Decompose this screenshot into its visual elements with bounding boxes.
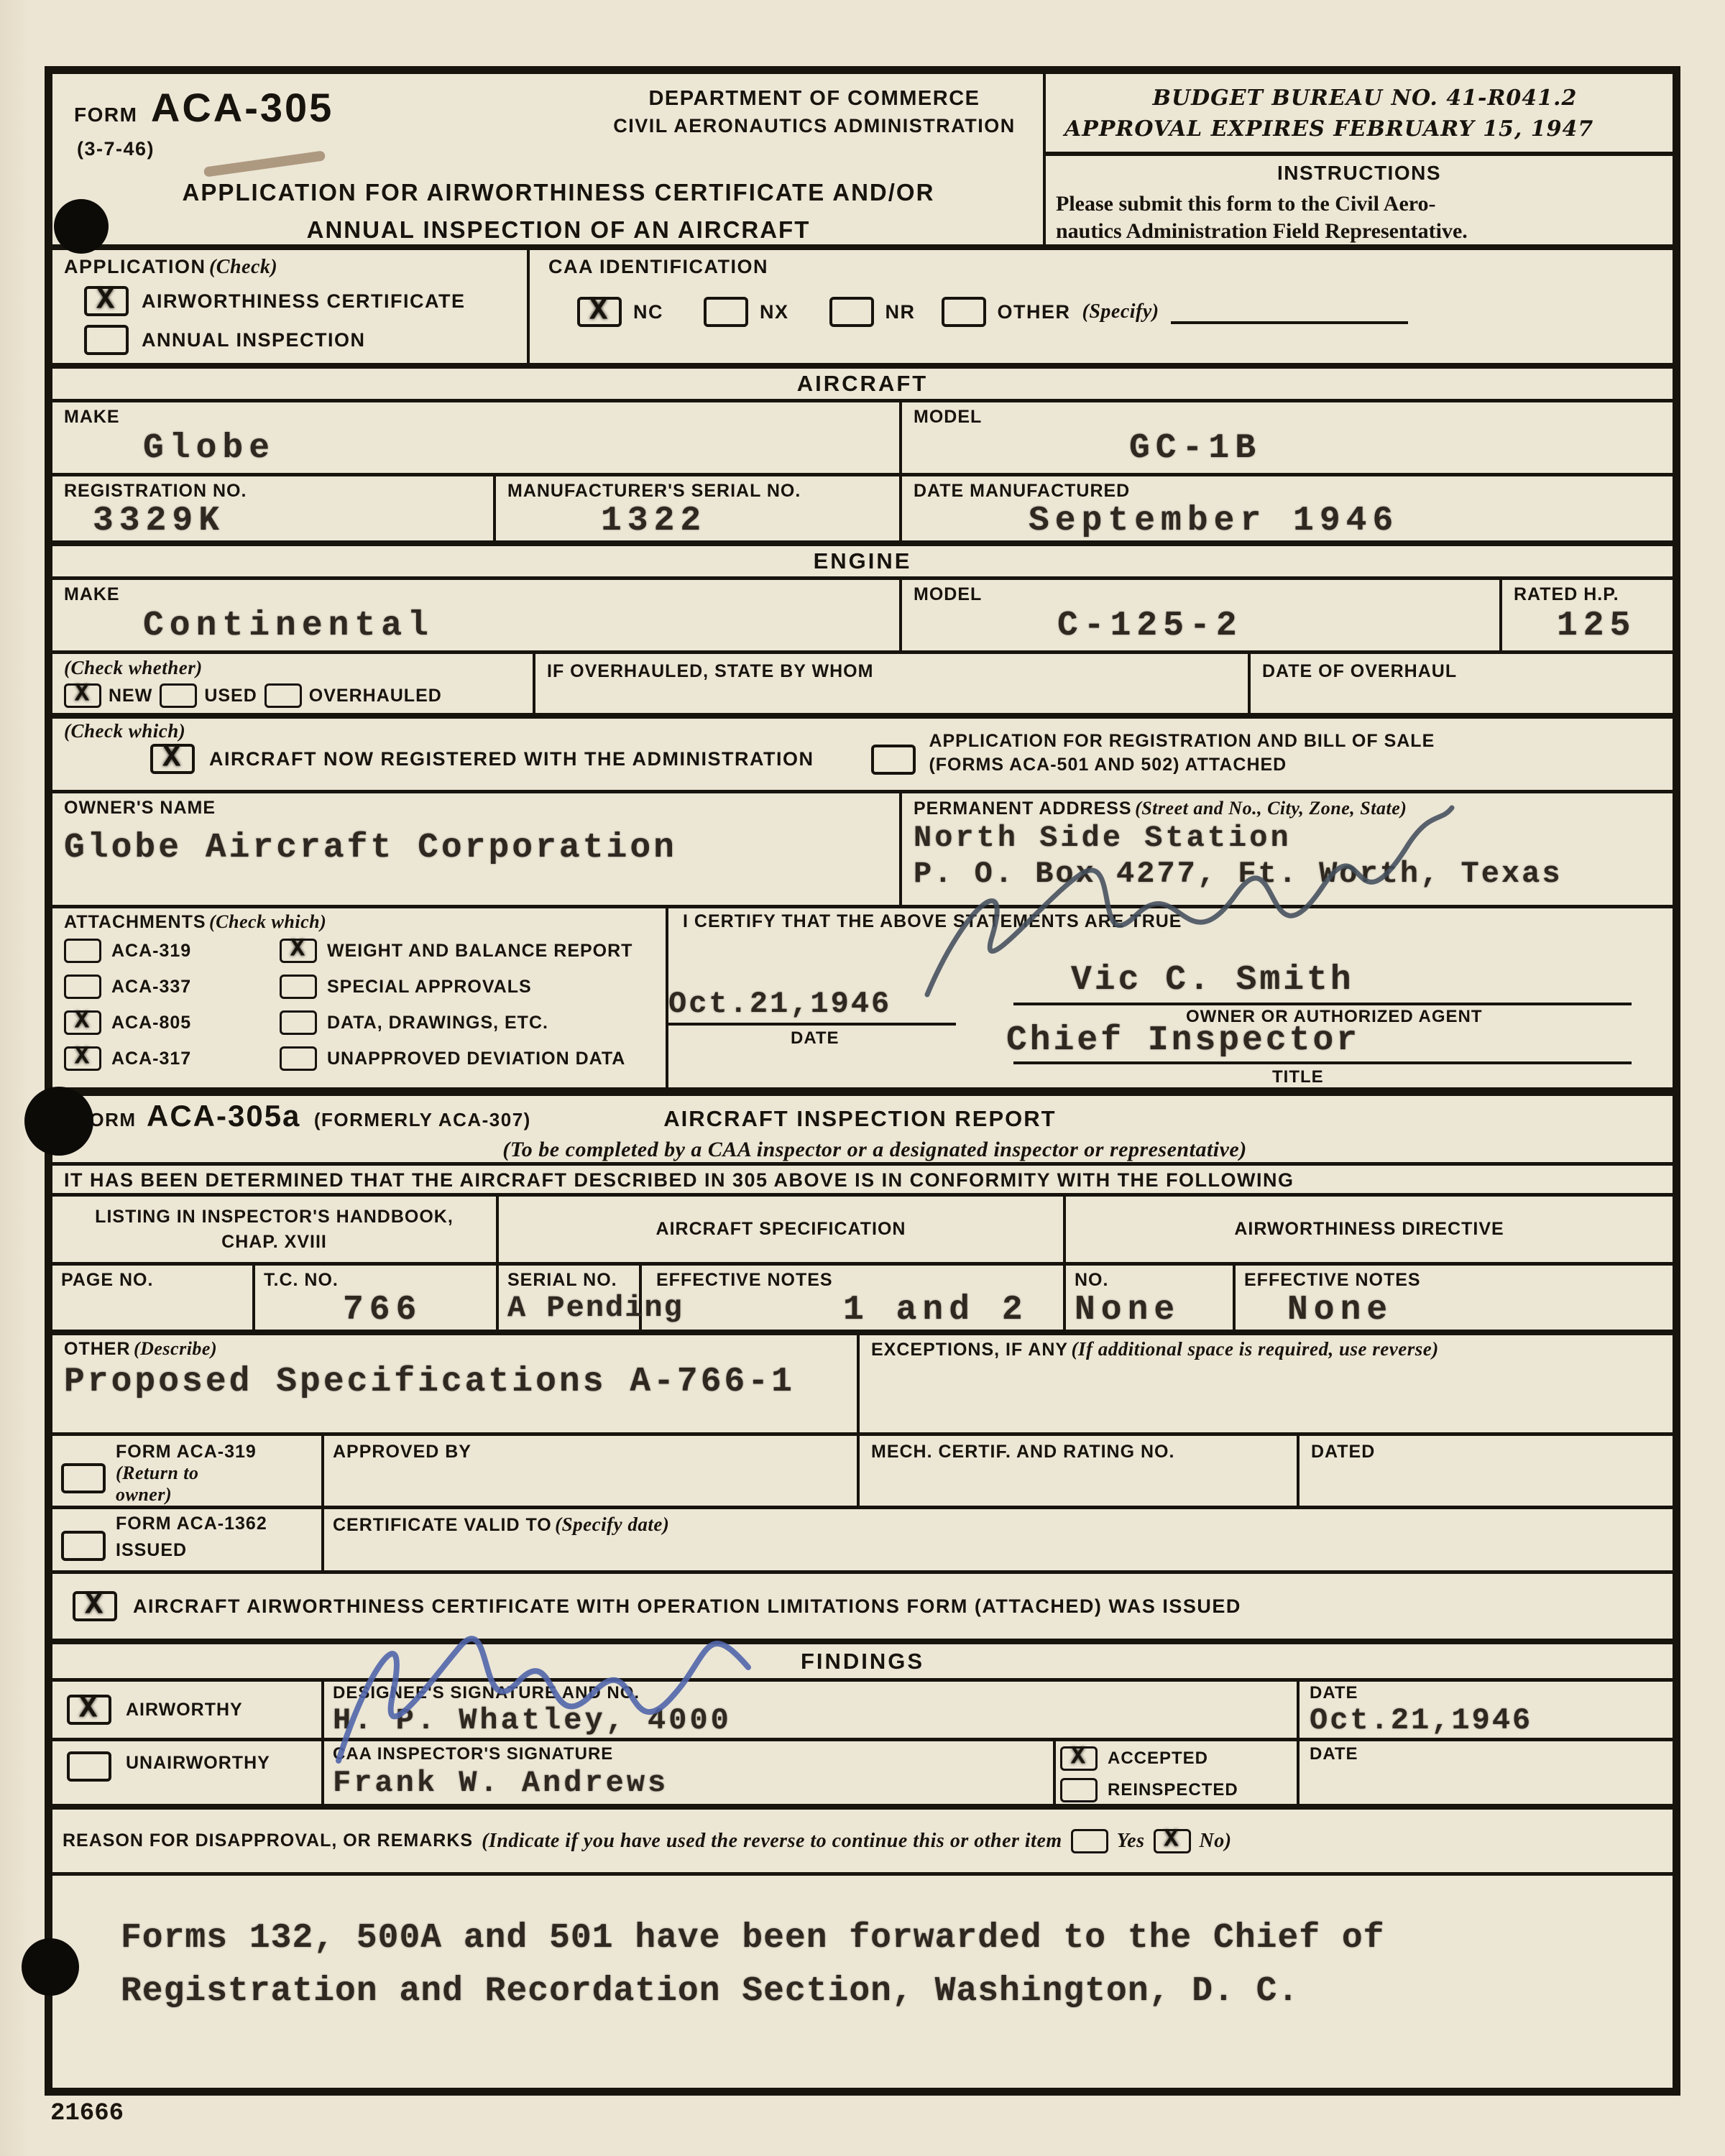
aircraft-make-cell: MAKE Globe	[52, 402, 902, 473]
owner-address-cell: PERMANENT ADDRESS (Street and No., City,…	[902, 793, 1673, 905]
certify-statement: I CERTIFY THAT THE ABOVE STATEMENTS ARE …	[683, 911, 1673, 932]
application-check-note: (Check)	[209, 256, 277, 278]
title-value: Chief Inspector	[1006, 1021, 1673, 1060]
date-manufactured-value: September 1946	[1029, 502, 1673, 540]
remarks-body-row: Forms 132, 500A and 501 have been forwar…	[52, 1876, 1673, 2088]
mfr-serial-value: 1322	[601, 502, 899, 540]
checkmark: X	[96, 285, 114, 315]
airworthiness-certificate-checkbox[interactable]: X	[84, 286, 129, 316]
inspection-report-subtitle: (To be completed by a CAA inspector or a…	[77, 1138, 1673, 1162]
designee-signature-value: H. P. Whatley, 4000	[333, 1703, 1297, 1738]
engine-make-label: MAKE	[64, 584, 899, 605]
reinspected-label: REINSPECTED	[1108, 1780, 1238, 1800]
spec-notes-cell: EFFECTIVE NOTES 1 and 2	[642, 1266, 1066, 1330]
caa-identification-label: CAA IDENTIFICATION	[548, 256, 1673, 278]
application-label: APPLICATION	[64, 256, 206, 277]
attachments-certification-row: ATTACHMENTS (Check which) ACA-319 ACA-33…	[52, 908, 1673, 1096]
checkmark: X	[75, 1046, 89, 1070]
instructions-line1: Please submit this form to the Civil Aer…	[1056, 190, 1662, 218]
engine-hp-cell: RATED H.P. 125	[1502, 580, 1673, 650]
tc-no-label: T.C. NO.	[264, 1270, 496, 1291]
check-whether-note: (Check whether)	[64, 657, 533, 679]
mfr-serial-cell: MANUFACTURER'S SERIAL NO. 1322	[496, 476, 902, 540]
special-approvals-checkbox[interactable]	[280, 975, 317, 999]
aca-319-return-row: FORM ACA-319 (Return to owner) APPROVED …	[52, 1436, 1673, 1509]
checkmark: X	[589, 295, 607, 326]
print-code: 21666	[50, 2100, 124, 2127]
airworthy-label: AIRWORTHY	[126, 1700, 243, 1720]
aca-337-checkbox[interactable]	[64, 975, 101, 999]
findings-airworthy-row: X AIRWORTHY DESIGNEE'S SIGNATURE AND NO.…	[52, 1682, 1673, 1741]
findings-section-header: FINDINGS	[52, 1644, 1673, 1682]
exceptions-label: EXCEPTIONS, IF ANY	[871, 1340, 1068, 1360]
aca-337-label: ACA-337	[111, 977, 191, 998]
spec-notes-label: EFFECTIVE NOTES	[656, 1270, 1063, 1291]
spec-directive-values-row: PAGE NO. T.C. NO. 766 SERIAL NO. A Pendi…	[52, 1266, 1673, 1335]
directive-notes-cell: EFFECTIVE NOTES None	[1236, 1266, 1673, 1330]
engine-used-checkbox[interactable]	[160, 683, 197, 708]
aircraft-make-model-row: MAKE Globe MODEL GC-1B	[52, 402, 1673, 476]
engine-hp-label: RATED H.P.	[1514, 584, 1673, 605]
other-describe-cell: OTHER (Describe) Proposed Specifications…	[52, 1335, 860, 1432]
designee-signature-cell: DESIGNEE'S SIGNATURE AND NO. H. P. Whatl…	[324, 1682, 1299, 1738]
remarks-line2: Registration and Recordation Section, Wa…	[121, 1965, 1673, 2018]
nc-label: NC	[633, 301, 663, 323]
form-title-line1: APPLICATION FOR AIRWORTHINESS CERTIFICAT…	[74, 179, 1043, 206]
aircraft-registration-row: REGISTRATION NO. 3329K MANUFACTURER'S SE…	[52, 476, 1673, 546]
spec-directive-header-row: LISTING IN INSPECTOR'S HANDBOOK, CHAP. X…	[52, 1197, 1673, 1266]
form-aca-319-checkbox[interactable]	[61, 1463, 106, 1493]
determined-text-cell: IT HAS BEEN DETERMINED THAT THE AIRCRAFT…	[52, 1166, 1673, 1193]
aca-317-label: ACA-317	[111, 1049, 191, 1069]
caa-identification-cell: CAA IDENTIFICATION X NC NX NR OTHER (Spe…	[530, 250, 1673, 363]
overhauled-by-cell: IF OVERHAULED, STATE BY WHOM	[535, 654, 1251, 713]
other-specify-input[interactable]	[1171, 300, 1408, 324]
overhaul-date-label: DATE OF OVERHAUL	[1262, 661, 1673, 682]
aircraft-make-label: MAKE	[64, 407, 899, 428]
findings-section-title: FINDINGS	[52, 1649, 1673, 1674]
engine-model-cell: MODEL C-125-2	[902, 580, 1502, 650]
checkmark: X	[162, 742, 180, 773]
serial-no-label: SERIAL NO.	[507, 1270, 639, 1291]
inspection-report-header-cell: FORM ACA-305a (FORMERLY ACA-307) AIRCRAF…	[52, 1096, 1673, 1162]
form-aca-319-note2: owner)	[116, 1484, 257, 1506]
serial-no-value: A Pending	[507, 1291, 639, 1325]
airworthy-cell: X AIRWORTHY	[52, 1682, 324, 1738]
dated-label: DATED	[1311, 1442, 1375, 1462]
caa-date-cell: DATE	[1299, 1741, 1673, 1804]
engine-make-value: Continental	[143, 607, 899, 645]
weight-balance-label: WEIGHT AND BALANCE REPORT	[327, 941, 632, 962]
scanned-form-page: FORM ACA-305 DEPARTMENT OF COMMERCE CIVI…	[0, 0, 1725, 2156]
designee-date-label: DATE	[1310, 1683, 1673, 1703]
punch-hole-middle	[24, 1087, 93, 1156]
engine-make-model-row: MAKE Continental MODEL C-125-2 RATED H.P…	[52, 580, 1673, 654]
approved-by-label: APPROVED BY	[333, 1442, 471, 1462]
engine-new-checkbox[interactable]: X	[64, 683, 101, 708]
accepted-checkbox[interactable]: X	[1060, 1746, 1098, 1771]
title-label: TITLE	[1272, 1067, 1673, 1087]
weight-balance-checkbox[interactable]: X	[280, 939, 317, 963]
reason-remarks-note: (Indicate if you have used the reverse t…	[482, 1830, 1062, 1853]
aca-319-label: ACA-319	[111, 941, 191, 962]
registered-label: AIRCRAFT NOW REGISTERED WITH THE ADMINIS…	[209, 748, 814, 770]
listing-header-line1: LISTING IN INSPECTOR'S HANDBOOK,	[95, 1207, 454, 1227]
aca-305a-number: ACA-305a	[147, 1099, 300, 1133]
accepted-reinspected-cell: X ACCEPTED REINSPECTED	[1056, 1741, 1299, 1804]
bill-of-sale-label-line2: (FORMS ACA-501 AND 502) ATTACHED	[929, 755, 1435, 775]
checkmark: X	[85, 1590, 103, 1620]
certification-cell: I CERTIFY THAT THE ABOVE STATEMENTS ARE …	[668, 908, 1673, 1087]
reinspected-checkbox[interactable]	[1060, 1778, 1098, 1802]
punch-hole-top	[54, 199, 109, 254]
directive-no-label: NO.	[1075, 1270, 1233, 1291]
mech-certif-label: MECH. CERTIF. AND RATING NO.	[871, 1442, 1174, 1462]
data-drawings-label: DATA, DRAWINGS, ETC.	[327, 1013, 548, 1033]
aircraft-spec-header-cell: AIRCRAFT SPECIFICATION	[499, 1197, 1066, 1262]
other-exceptions-row: OTHER (Describe) Proposed Specifications…	[52, 1335, 1673, 1436]
airworthy-checkbox[interactable]: X	[67, 1695, 111, 1725]
header-right: BUDGET BUREAU NO. 41-R041.2 APPROVAL EXP…	[1046, 74, 1673, 244]
registration-no-label: REGISTRATION NO.	[64, 481, 493, 502]
form-number: ACA-305	[151, 85, 333, 130]
engine-section-header: ENGINE	[52, 546, 1673, 580]
registration-status-row: (Check which) X AIRCRAFT NOW REGISTERED …	[52, 719, 1673, 793]
unairworthy-label: UNAIRWORTHY	[126, 1753, 270, 1774]
form-aca-319-label: FORM ACA-319	[116, 1442, 257, 1462]
nr-checkbox[interactable]	[829, 297, 874, 327]
mfr-serial-label: MANUFACTURER'S SERIAL NO.	[507, 481, 899, 502]
aircraft-make-value: Globe	[143, 429, 899, 468]
date-manufactured-cell: DATE MANUFACTURED September 1946	[902, 476, 1673, 540]
department-line1: DEPARTMENT OF COMMERCE	[592, 87, 1037, 111]
checkmark: X	[1164, 1828, 1178, 1852]
unairworthy-checkbox[interactable]	[67, 1751, 111, 1782]
exceptions-cell: EXCEPTIONS, IF ANY (If additional space …	[860, 1335, 1673, 1432]
special-approvals-label: SPECIAL APPROVALS	[327, 977, 532, 998]
tc-no-value: 766	[343, 1291, 496, 1330]
form-aca-1362-checkbox[interactable]	[61, 1531, 106, 1561]
attachments-check-note: (Check which)	[209, 911, 326, 932]
reverse-used-yes-checkbox[interactable]	[1071, 1829, 1108, 1853]
listing-header-cell: LISTING IN INSPECTOR'S HANDBOOK, CHAP. X…	[52, 1197, 499, 1262]
checkmark: X	[75, 1010, 89, 1034]
certification-date-block: Oct.21,1946 DATE	[668, 987, 970, 1049]
spec-notes-value: 1 and 2	[843, 1291, 1063, 1330]
aircraft-section-title: AIRCRAFT	[52, 371, 1673, 397]
directive-notes-label: EFFECTIVE NOTES	[1244, 1270, 1673, 1291]
owner-address-line1: North Side Station	[914, 821, 1673, 855]
accepted-label: ACCEPTED	[1108, 1749, 1208, 1769]
certification-date-label: DATE	[791, 1028, 970, 1049]
other-checkbox[interactable]	[942, 297, 986, 327]
other-specify-note: (Specify)	[1082, 300, 1159, 323]
engine-condition-cell: (Check whether) X NEW USED OVERHAULED	[52, 654, 535, 713]
inspection-report-title: AIRCRAFT INSPECTION REPORT	[663, 1106, 1056, 1131]
directive-no-cell: NO. None	[1066, 1266, 1236, 1330]
owner-name-value: Globe Aircraft Corporation	[64, 829, 899, 867]
nx-label: NX	[760, 301, 789, 323]
form-aca-1362-label: FORM ACA-1362	[116, 1514, 267, 1534]
overhauled-by-label: IF OVERHAULED, STATE BY WHOM	[547, 661, 1248, 682]
other-describe-label: OTHER	[64, 1339, 131, 1359]
airworthiness-directive-header: AIRWORTHINESS DIRECTIVE	[1234, 1219, 1504, 1240]
remarks-line1: Forms 132, 500A and 501 have been forwar…	[121, 1912, 1673, 1965]
annual-inspection-label: ANNUAL INSPECTION	[142, 329, 366, 351]
nc-checkbox[interactable]: X	[577, 297, 622, 327]
owner-signature-typed: Vic C. Smith	[1071, 961, 1673, 1000]
aca-319-return-cell: FORM ACA-319 (Return to owner)	[52, 1436, 324, 1506]
reverse-used-no-checkbox[interactable]: X	[1154, 1829, 1191, 1853]
aircraft-section-header: AIRCRAFT	[52, 369, 1673, 402]
engine-model-label: MODEL	[914, 584, 1499, 605]
tc-no-cell: T.C. NO. 766	[255, 1266, 499, 1330]
application-caa-row: APPLICATION (Check) X AIRWORTHINESS CERT…	[52, 250, 1673, 369]
certificate-issued-row: X AIRCRAFT AIRWORTHINESS CERTIFICATE WIT…	[52, 1574, 1673, 1644]
aca-1362-row: FORM ACA-1362 ISSUED CERTIFICATE VALID T…	[52, 1509, 1673, 1574]
reason-remarks-label: REASON FOR DISAPPROVAL, OR REMARKS	[63, 1830, 473, 1851]
date-manufactured-label: DATE MANUFACTURED	[914, 481, 1673, 502]
remarks-body-cell: Forms 132, 500A and 501 have been forwar…	[52, 1876, 1673, 2088]
budget-bureau-line1: BUDGET BUREAU NO. 41-R041.2	[1064, 86, 1665, 111]
registered-checkbox[interactable]: X	[150, 744, 195, 774]
aircraft-model-value: GC-1B	[1129, 429, 1673, 468]
owner-address-label: PERMANENT ADDRESS	[914, 798, 1132, 819]
aca-805-checkbox[interactable]: X	[64, 1010, 101, 1035]
engine-section-title: ENGINE	[52, 548, 1673, 574]
header-left: FORM ACA-305 DEPARTMENT OF COMMERCE CIVI…	[52, 74, 1046, 244]
form-aca-319-note1: (Return to	[116, 1462, 257, 1484]
certificate-valid-to-cell: CERTIFICATE VALID TO (Specify date)	[324, 1509, 1673, 1570]
data-drawings-checkbox[interactable]	[280, 1010, 317, 1035]
engine-condition-row: (Check whether) X NEW USED OVERHAULED IF…	[52, 654, 1673, 719]
form-revision: (3-7-46)	[77, 138, 1043, 160]
owner-name-cell: OWNER'S NAME Globe Aircraft Corporation	[52, 793, 902, 905]
page-no-label: PAGE NO.	[61, 1270, 252, 1291]
instructions-line2: nautics Administration Field Representat…	[1056, 218, 1662, 245]
bill-of-sale-label-line1: APPLICATION FOR REGISTRATION AND BILL OF…	[929, 731, 1435, 752]
department-line2: CIVIL AERONAUTICS ADMINISTRATION	[592, 115, 1037, 137]
engine-overhauled-label: OVERHAULED	[309, 686, 442, 706]
aca-305a-formerly: (FORMERLY ACA-307)	[314, 1109, 531, 1130]
listing-header-line2: CHAP. XVIII	[221, 1232, 327, 1253]
reverse-used-no-label: No)	[1200, 1830, 1232, 1853]
annual-inspection-checkbox[interactable]	[84, 325, 129, 355]
approved-by-cell: APPROVED BY	[324, 1436, 860, 1506]
registration-no-cell: REGISTRATION NO. 3329K	[52, 476, 496, 540]
designee-date-cell: DATE Oct.21,1946	[1299, 1682, 1673, 1738]
airworthiness-certificate-label: AIRWORTHINESS CERTIFICATE	[142, 290, 466, 313]
budget-bureau-line2: APPROVAL EXPIRES FEBRUARY 15, 1947	[1064, 116, 1665, 142]
engine-make-cell: MAKE Continental	[52, 580, 902, 650]
aca-319-checkbox[interactable]	[64, 939, 101, 963]
application-cell: APPLICATION (Check) X AIRWORTHINESS CERT…	[52, 250, 530, 363]
caa-inspector-value: Frank W. Andrews	[333, 1766, 1053, 1800]
unapproved-deviation-label: UNAPPROVED DEVIATION DATA	[327, 1049, 625, 1069]
inspection-report-header: FORM ACA-305a (FORMERLY ACA-307) AIRCRAF…	[52, 1096, 1673, 1166]
nr-label: NR	[885, 301, 916, 323]
caa-date-label: DATE	[1310, 1744, 1673, 1764]
aca-805-label: ACA-805	[111, 1013, 191, 1033]
checkmark: X	[290, 938, 305, 962]
mech-certif-cell: MECH. CERTIF. AND RATING NO.	[860, 1436, 1299, 1506]
airworthiness-directive-header-cell: AIRWORTHINESS DIRECTIVE	[1066, 1197, 1673, 1262]
serial-no-cell: SERIAL NO. A Pending	[499, 1266, 642, 1330]
other-describe-value: Proposed Specifications A-766-1	[64, 1363, 857, 1401]
reason-remarks-row: REASON FOR DISAPPROVAL, OR REMARKS (Indi…	[52, 1810, 1673, 1876]
engine-overhauled-checkbox[interactable]	[264, 683, 302, 708]
reason-remarks-cell: REASON FOR DISAPPROVAL, OR REMARKS (Indi…	[52, 1810, 1673, 1872]
checkmark: X	[75, 683, 89, 707]
engine-new-label: NEW	[109, 686, 152, 706]
attachments-cell: ATTACHMENTS (Check which) ACA-319 ACA-33…	[52, 908, 668, 1087]
aircraft-spec-header: AIRCRAFT SPECIFICATION	[656, 1219, 906, 1240]
aircraft-model-label: MODEL	[914, 407, 1673, 428]
owner-address-note: (Street and No., City, Zone, State)	[1135, 798, 1407, 819]
aircraft-model-cell: MODEL GC-1B	[902, 402, 1673, 473]
certificate-issued-cell: X AIRCRAFT AIRWORTHINESS CERTIFICATE WIT…	[52, 1574, 1673, 1639]
aca-1362-cell: FORM ACA-1362 ISSUED	[52, 1509, 324, 1570]
owner-address-line2: P. O. Box 4277, Ft. Worth, Texas	[914, 857, 1673, 891]
instructions-title: INSTRUCTIONS	[1056, 162, 1662, 185]
certification-date-value: Oct.21,1946	[668, 987, 970, 1021]
unairworthy-cell: UNAIRWORTHY	[52, 1741, 324, 1804]
dated-cell: DATED	[1299, 1436, 1673, 1506]
form-aca-305: FORM ACA-305 DEPARTMENT OF COMMERCE CIVI…	[45, 66, 1680, 2096]
determined-strip: IT HAS BEEN DETERMINED THAT THE AIRCRAFT…	[52, 1166, 1673, 1197]
overhaul-date-cell: DATE OF OVERHAUL	[1251, 654, 1673, 713]
certificate-valid-to-note: (Specify date)	[555, 1514, 669, 1535]
exceptions-note: (If additional space is required, use re…	[1072, 1338, 1439, 1360]
form-title-line2: ANNUAL INSPECTION OF AN AIRCRAFT	[74, 216, 1043, 244]
owner-row: OWNER'S NAME Globe Aircraft Corporation …	[52, 793, 1673, 908]
certificate-valid-to-label: CERTIFICATE VALID TO	[333, 1515, 552, 1535]
form-aca-1362-issued-label: ISSUED	[116, 1540, 267, 1561]
attachments-label: ATTACHMENTS	[64, 912, 206, 932]
engine-used-label: USED	[204, 686, 257, 706]
registration-no-value: 3329K	[93, 502, 493, 540]
other-describe-note: (Describe)	[134, 1338, 217, 1359]
designee-signature-label: DESIGNEE'S SIGNATURE AND NO.	[333, 1683, 1297, 1703]
reverse-used-yes-label: Yes	[1117, 1830, 1145, 1853]
directive-notes-value: None	[1287, 1291, 1673, 1330]
checkmark: X	[79, 1693, 97, 1723]
findings-caa-row: UNAIRWORTHY CAA INSPECTOR'S SIGNATURE Fr…	[52, 1741, 1673, 1810]
certificate-issued-checkbox[interactable]: X	[73, 1591, 117, 1621]
caa-inspector-cell: CAA INSPECTOR'S SIGNATURE Frank W. Andre…	[324, 1741, 1056, 1804]
header-row: FORM ACA-305 DEPARTMENT OF COMMERCE CIVI…	[52, 74, 1673, 250]
unapproved-deviation-checkbox[interactable]	[280, 1046, 317, 1071]
checkmark: X	[1071, 1745, 1085, 1769]
nx-checkbox[interactable]	[704, 297, 748, 327]
engine-model-value: C-125-2	[1057, 607, 1499, 645]
determined-text: IT HAS BEEN DETERMINED THAT THE AIRCRAFT…	[64, 1169, 1294, 1191]
designee-date-value: Oct.21,1946	[1310, 1703, 1673, 1738]
other-label: OTHER	[998, 301, 1071, 323]
page-no-cell: PAGE NO.	[52, 1266, 255, 1330]
caa-inspector-label: CAA INSPECTOR'S SIGNATURE	[333, 1744, 1053, 1764]
form-label: FORM	[74, 103, 137, 126]
owner-name-label: OWNER'S NAME	[64, 798, 899, 819]
punch-hole-bottom	[22, 1938, 79, 1996]
certificate-issued-label: AIRCRAFT AIRWORTHINESS CERTIFICATE WITH …	[133, 1595, 1241, 1618]
directive-no-value: None	[1075, 1291, 1233, 1330]
engine-hp-value: 125	[1557, 607, 1673, 645]
registration-status-cell: (Check which) X AIRCRAFT NOW REGISTERED …	[52, 719, 1673, 790]
aca-317-checkbox[interactable]: X	[64, 1046, 101, 1071]
bill-of-sale-checkbox[interactable]	[871, 745, 916, 775]
